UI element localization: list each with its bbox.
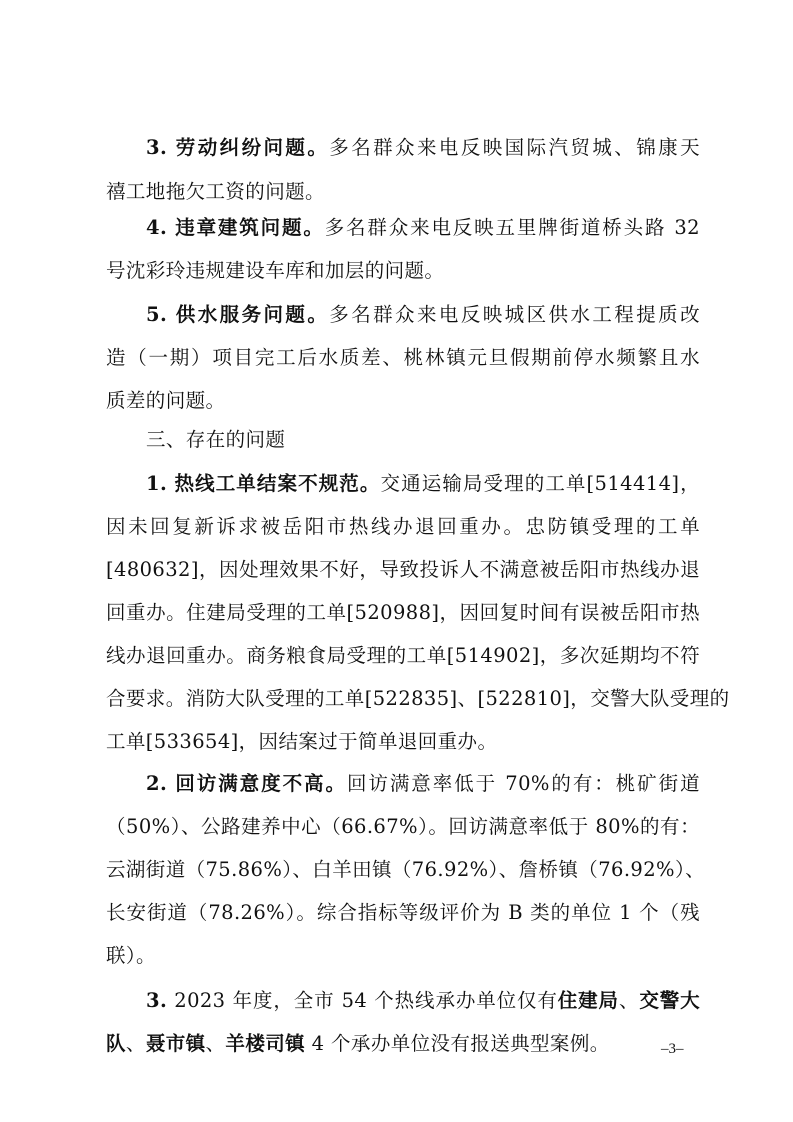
text-line: 多名群众来电反映城区供水工程提质改 (329, 303, 700, 326)
text-segment: 4 个承办单位没有报送典型案例。 (305, 1032, 610, 1055)
text-line: 队、聂市镇、羊楼司镇 4 个承办单位没有报送典型案例。 (106, 1032, 700, 1056)
page-number: –3– (661, 1041, 684, 1058)
paragraph-illegal-construction: 4. 违章建筑问题。多名群众来电反映五里牌街道桥头路 32 (146, 216, 700, 240)
item-number: 4. (146, 216, 167, 239)
separator: 、 (206, 1032, 226, 1055)
paragraph-satisfaction: 2. 回访满意度不高。回访满意率低于 70%的有：桃矿街道 (146, 772, 700, 796)
unit-name: 羊楼司镇 (225, 1032, 305, 1055)
text-line: 造（一期）项目完工后水质差、桃林镇元旦假期前停水频繁且水 (106, 346, 700, 370)
text-line: 线办退回重办。商务粮食局受理的工单[514902]，多次延期均不符 (106, 644, 700, 668)
text-line: 合要求。消防大队受理的工单[522835]、[522810]，交警大队受理的 (106, 687, 700, 711)
item-number: 3. (146, 136, 167, 159)
text-line: 交通运输局受理的工单[514414]， (381, 472, 700, 495)
text-line: 号沈彩玲违规建设车库和加层的问题。 (106, 259, 700, 283)
item-number: 2. (146, 772, 167, 795)
text-line: 工单[533654]，因结案过于简单退回重办。 (106, 730, 700, 754)
item-title: 热线工单结案不规范。 (174, 472, 380, 495)
unit-name: 交警大 (639, 989, 700, 1012)
text-line: 云湖街道（75.86%）、白羊田镇（76.92%）、詹桥镇（76.92%）、 (106, 858, 700, 882)
separator: 、 (126, 1032, 146, 1055)
text-line: 禧工地拖欠工资的问题。 (106, 180, 700, 204)
text-line: 回重办。住建局受理的工单[520988]，因回复时间有误被岳阳市热 (106, 601, 700, 625)
unit-name: 聂市镇 (146, 1032, 206, 1055)
text-line: 多名群众来电反映五里牌街道桥头路 32 (325, 216, 700, 239)
item-title: 供水服务问题。 (176, 303, 329, 326)
text-line: 长安街道（78.26%）。综合指标等级评价为 B 类的单位 1 个（残 (106, 901, 700, 925)
text-segment: 2023 年度，全市 54 个热线承办单位仅有 (174, 989, 558, 1012)
separator: 、 (619, 989, 639, 1012)
paragraph-labor-dispute: 3. 劳动纠纷问题。多名群众来电反映国际汽贸城、锦康天 (146, 136, 700, 160)
text-line: [480632]，因处理效果不好，导致投诉人不满意被岳阳市热线办退 (106, 558, 700, 582)
text-line: 联）。 (106, 944, 700, 968)
item-title: 劳动纠纷问题。 (176, 136, 329, 159)
paragraph-water-supply: 5. 供水服务问题。多名群众来电反映城区供水工程提质改 (146, 303, 700, 327)
document-page: 3. 劳动纠纷问题。多名群众来电反映国际汽贸城、锦康天 禧工地拖欠工资的问题。 … (0, 0, 793, 1122)
paragraph-typical-cases: 3. 2023 年度，全市 54 个热线承办单位仅有住建局、交警大 (146, 989, 700, 1013)
item-number: 5. (146, 303, 167, 326)
item-number: 3. (146, 989, 167, 1012)
paragraph-hotline-closure: 1. 热线工单结案不规范。交通运输局受理的工单[514414]， (146, 472, 700, 496)
text-line: 质差的问题。 (106, 389, 700, 413)
unit-name: 队 (106, 1032, 126, 1055)
text-line: 回访满意率低于 70%的有：桃矿街道 (347, 772, 700, 795)
unit-name: 住建局 (558, 989, 619, 1012)
section-heading: 三、存在的问题 (146, 428, 700, 452)
text-line: 因未回复新诉求被岳阳市热线办退回重办。忠防镇受理的工单 (106, 515, 700, 539)
item-title: 违章建筑问题。 (175, 216, 324, 239)
item-title: 回访满意度不高。 (175, 772, 347, 795)
text-line: 多名群众来电反映国际汽贸城、锦康天 (329, 136, 700, 159)
item-number: 1. (146, 472, 167, 495)
text-line: （50%）、公路建养中心（66.67%）。回访满意率低于 80%的有： (106, 815, 700, 839)
